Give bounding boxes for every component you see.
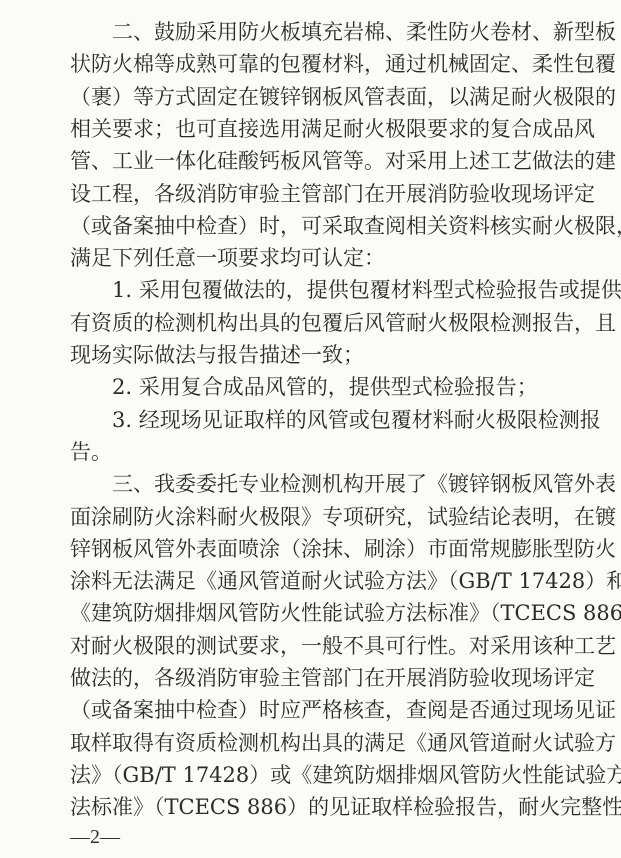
text-line: 二、鼓励采用防火板填充岩棉、柔性防火卷材、新型板 bbox=[112, 15, 556, 50]
text-line: 涂料无法满足《通风管道耐火试验方法》（GB/T 17428）和 bbox=[70, 564, 556, 599]
text-line: 锌钢板风管外表面喷涂（涂抹、刷涂）市面常规膨胀型防火 bbox=[70, 532, 556, 567]
text-line: 2. 采用复合成品风管的，提供型式检验报告； bbox=[112, 370, 556, 405]
text-line: 现场实际做法与报告描述一致； bbox=[70, 338, 556, 373]
text-line: 3. 经现场见证取样的风管或包覆材料耐火极限检测报 bbox=[112, 403, 556, 438]
text-line: 《建筑防烟排烟风管防火性能试验方法标准》（TCECS 886） bbox=[70, 596, 556, 631]
text-line: 状防火棉等成熟可靠的包覆材料，通过机械固定、柔性包覆 bbox=[70, 47, 556, 82]
text-line: 做法的，各级消防审验主管部门在开展消防验收现场评定 bbox=[70, 661, 556, 696]
text-line: 法》（GB/T 17428）或《建筑防烟排烟风管防火性能试验方 bbox=[70, 758, 556, 793]
text-line: 取样取得有资质检测机构出具的满足《通风管道耐火试验方 bbox=[70, 726, 556, 761]
text-line: （或备案抽中检查）时，可采取查阅相关资料核实耐火极限， bbox=[70, 209, 556, 244]
text-line: 告。 bbox=[70, 435, 556, 470]
document-page: 二、鼓励采用防火板填充岩棉、柔性防火卷材、新型板状防火棉等成熟可靠的包覆材料，通… bbox=[0, 0, 621, 858]
text-line: 满足下列任意一项要求均可认定： bbox=[70, 241, 556, 276]
text-line: 1. 采用包覆做法的，提供包覆材料型式检验报告或提供 bbox=[112, 273, 556, 308]
text-line: 法标准》（TCECS 886）的见证取样检验报告，耐火完整性 bbox=[70, 790, 556, 825]
text-line: （裹）等方式固定在镀锌钢板风管表面，以满足耐火极限的 bbox=[70, 80, 556, 115]
text-line: （或备案抽中检查）时应严格核查，查阅是否通过现场见证 bbox=[70, 693, 556, 728]
text-line: 对耐火极限的测试要求，一般不具可行性。对采用该种工艺 bbox=[70, 629, 556, 664]
text-line: 设工程，各级消防审验主管部门在开展消防验收现场评定 bbox=[70, 177, 556, 212]
text-line: 相关要求；也可直接选用满足耐火极限要求的复合成品风 bbox=[70, 112, 556, 147]
text-line: 有资质的检测机构出具的包覆后风管耐火极限检测报告，且 bbox=[70, 306, 556, 341]
text-line: 面涂刷防火涂料耐火极限》专项研究，试验结论表明，在镀 bbox=[70, 500, 556, 535]
text-line: 三、我委委托专业检测机构开展了《镀锌钢板风管外表 bbox=[112, 467, 556, 502]
text-line: 管、工业一体化硅酸钙板风管等。对采用上述工艺做法的建 bbox=[70, 144, 556, 179]
page-number: —2— bbox=[70, 822, 120, 852]
